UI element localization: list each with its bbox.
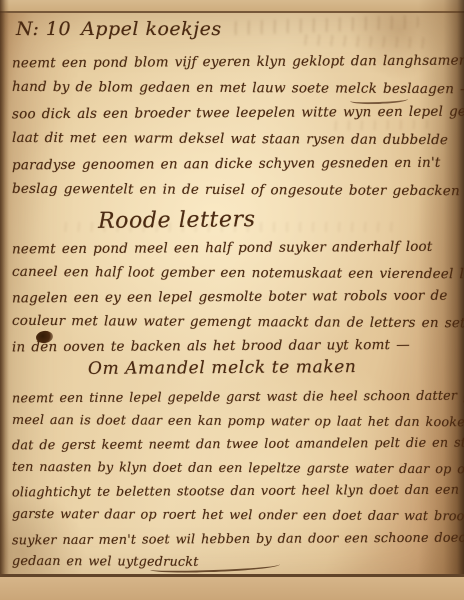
manuscript-line: meel aan is doet daar een kan pomp water…	[12, 408, 454, 434]
manuscript-line: neemt een pond meel een half pond suyker…	[12, 235, 454, 262]
recipe-title-text: Appel koekjes	[81, 18, 222, 40]
manuscript-line: neemt een tinne lepel gepelde garst wast…	[12, 385, 454, 411]
manuscript-line: nagelen een ey een lepel gesmolte boter …	[12, 284, 454, 311]
manuscript-page: N: 10Appel koekjes neemt een pond blom v…	[0, 0, 464, 600]
recipe-roode-letters-text: neemt een pond meel een half pond suyker…	[12, 236, 454, 359]
manuscript-line: caneel een half loot gember een notemusk…	[12, 259, 454, 286]
manuscript-content: N: 10Appel koekjes neemt een pond blom v…	[0, 0, 464, 600]
manuscript-line: couleur met lauw water gemengt maackt da…	[12, 308, 454, 335]
manuscript-line: ten naasten by klyn doet dan een lepeltz…	[12, 456, 454, 482]
manuscript-line: garste water daar op roert het wel onder…	[12, 503, 454, 529]
recipe-number: N: 10	[16, 18, 71, 40]
manuscript-line: laat dit met een warm deksel wat staan r…	[12, 125, 454, 153]
manuscript-line: suyker naar men't soet wil hebben by dan…	[12, 526, 454, 552]
section-heading-roode-letters: Roode letters	[98, 207, 256, 234]
manuscript-line: in den ooven te backen als het brood daa…	[12, 333, 454, 360]
manuscript-line: beslag gewentelt en in de ruisel of onge…	[12, 176, 454, 204]
recipe-title: N: 10Appel koekjes	[16, 18, 222, 40]
manuscript-line: paradyse genoomen en aan dicke schyven g…	[12, 151, 454, 179]
recipe-amandel-melck-text: neemt een tinne lepel gepelde garst wast…	[12, 386, 454, 575]
manuscript-line: oliaghtichyt te beletten stootse dan voo…	[12, 479, 454, 505]
manuscript-line: dat de gerst keemt neemt dan twee loot a…	[12, 432, 454, 458]
manuscript-line: soo dick als een broeder twee leepelen w…	[12, 100, 454, 128]
section-heading-amandel-melck: Om Amandel melck te maken	[88, 357, 357, 379]
manuscript-line: neemt een pond blom vijf eyeren klyn gek…	[12, 49, 454, 77]
recipe-appel-koekjes-text: neemt een pond blom vijf eyeren klyn gek…	[12, 50, 454, 203]
